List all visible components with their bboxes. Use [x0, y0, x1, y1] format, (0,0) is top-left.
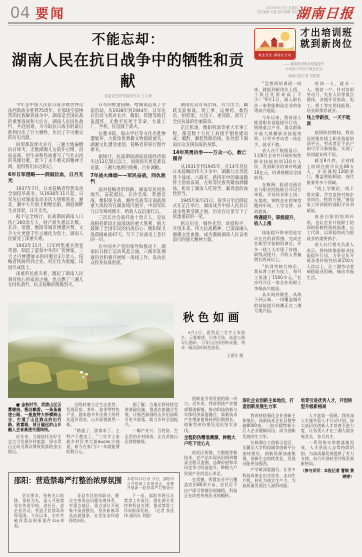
landscape-photo — [8, 303, 174, 398]
photo-caption-columns: ■ 金秋时节，武陵山区云雾缭绕，稻谷飘香。一条条高速公路、一座座特大桥横跨山谷，… — [8, 402, 178, 466]
section-name: 要闻 — [35, 3, 65, 22]
header-rule-thin — [8, 25, 354, 26]
section-subhead: 6年日军侵略——洞庭泣血，日月无光 — [8, 173, 83, 185]
landscape-photo-image — [8, 303, 174, 398]
right-article-subtitle-line2: 行动助力劳动力就业纪实 — [254, 67, 354, 72]
right-article-subtitle: ——湖南推进职业技能提升 行动助力劳动力就业纪实 — [254, 62, 354, 71]
body-paragraph: 湖南民众有钱出钱、有力出力，踊跃支前参战。筑工事、运弹药、救伤员、抬担架，父送子… — [173, 103, 248, 125]
body-paragraph: 创新是引领发展的第一动力。近年来，我省围绕产业链部署创新链，推动科技创新与实体经… — [184, 396, 237, 433]
body-paragraph: 深重的民族灾难，激起了湖南人民刻骨铭心的家国之痛，也点燃了三湘儿女同仇敌忾、抗击… — [8, 272, 83, 289]
body-paragraph: 三次长沙会战歼敌十余万人，是抗战相持阶段正面战场的重大胜利，极大鼓舞了全国军民的… — [90, 216, 165, 244]
body-paragraph: 技能提升带来的是实实在在的获得感。完成企业新型学徒制培训后，许多一线工人实现了待… — [254, 230, 302, 262]
right-article-byline: 湖南日报记者 刘银艳 — [254, 73, 354, 78]
main-article: 不能忘却： 湖南人民在抗日战争中的牺牲和贡献 省委党史研究院研究员 王文珍 今年… — [8, 28, 248, 302]
body-paragraph: 芷江机场、衡阳机场等重大军事工程，都是数十万民工肩挑手刨抢建而成；湘黔、湘桂铁路… — [173, 126, 248, 148]
right-article-header: 就业优先·湖南在行动 才出培训班 就到新岗位 — [254, 28, 354, 60]
section-subhead: 线上学新技，一天不耽误 — [307, 116, 355, 128]
body-paragraph: “没想到培训班一结束，就能到新岗位上班，工资还比原来高了不少！”9月1日，刚入职… — [254, 81, 302, 113]
body-paragraph: 在株洲，轨道交通企业与职业院校联合开设订单班，学员结业即上岗；在娄底，钢铁企业把… — [254, 182, 302, 214]
body-paragraph: 面对侵略者的铁蹄，湖南军民同仇敌忾，奋起抵抗。长沙会战、常德会战、衡阳保卫战、湘… — [90, 188, 165, 216]
body-paragraph: 一系列务实举措落地见效，人才净流入态势持续巩固，为高质量发展提供了有力支撑，奋力… — [301, 440, 354, 466]
body-paragraph: 1943年11月，日军纠集重兵进犯常德，制造了震惊中外的厂窖惨案，三天之内惨遭屠… — [8, 244, 83, 272]
body-paragraph: “线上学理论、线下练实操，学完直接对接企业岗位，特别方便。”参加电工培训班的邵阳… — [307, 186, 355, 213]
body-paragraph: ■ 金秋时节，武陵山区云雾缭绕，稻谷飘香。一条条高速公路、一座座特大桥横跨山谷，… — [8, 402, 61, 433]
boxed-article-column-1: 会议要求，坚持关口前移、预防为先，深入开展禁毒宣传进学校、进社区、进企业活动，营… — [14, 493, 64, 549]
body-paragraph: 岳麓书院、船山学社等文化名胜惨遭破坏，大批珍贵典籍文物毁损流失，湖湘文化遭受重创… — [90, 132, 165, 154]
body-paragraph: 依托区块链、大数据等新技术，农产品实现从田间到餐桌全程可追溯，品牌价值和市场竞争… — [184, 450, 237, 476]
main-article-title-line2: 湖南人民在抗日战争中的牺牲和贡献 — [8, 49, 248, 91]
bottom-column-3-text: 培育引进优秀人才，开创转型升级新格局人才是第一资源。我省深入实施芙蓉人才行动计划… — [301, 399, 354, 467]
body-paragraph: 回望那段烽火岁月，三湘大地遍燃抗日烽火，无数湖湘儿女前仆后继、浴血奋战，用生命和… — [8, 143, 83, 171]
body-paragraph: 在常德，智慧农业平台覆盖农田80余万亩，农民足不出户即可掌握田间墒情，科技正在改… — [184, 477, 237, 498]
right-article-title-line1: 才出培训班 — [299, 28, 354, 39]
section-subhead: 14年英勇抗争——万众一心，救亡图存 — [173, 151, 248, 163]
bottom-attribution: （参与采写：本报记者 曹娴 黄婷婷） — [301, 468, 354, 480]
campaign-badge: 就业优先·湖南在行动 — [254, 28, 296, 60]
right-article-column-1: “没想到培训班一结束，就能到新岗位上班，工资还比原来高了不少！”9月1日，刚入职… — [254, 81, 302, 394]
body-paragraph: 截至8月底，全省线上培训注册学员达86万人，开设课程1200余门，覆盖智能制造、… — [307, 158, 355, 185]
dateline: 2020年9月3日 星期四 责任编辑 刘凌 版式编辑 周双 — [257, 6, 298, 15]
body-paragraph: 长株潭自主创新示范区、岳麓山大学科技城等创新平台加快建设，创新资源加速集聚，创新… — [242, 440, 295, 466]
photo-feature-title: 秋色如画 — [181, 309, 245, 325]
body-paragraph: 各县市区协同联动，健全完善毒品问题治理体系，对重点地区、重点部位开展集中清查整治… — [69, 493, 119, 523]
body-paragraph: 从车间到课堂，从线下到云端，一场覆盖城乡的技能提升热潮正在三湘大地兴起。 — [254, 292, 302, 314]
body-paragraph: 人才是第一资源。我省深入实施芙蓉人才行动计划，加大高层次创新人才培育引进力度，让… — [301, 413, 354, 439]
body-paragraph: 疫情防控期间，我省及时推出线上职业技能培训平台，劳动者足不出户即可学习新技能，实… — [307, 130, 355, 157]
main-article-column-1: 今年是中国人民抗日战争暨世界反法西斯战争胜利75周年。在那场空前惨烈的民族解放战… — [8, 103, 83, 302]
body-paragraph: 今年以来，我省深入推进职业技能提升行动，围绕重点产业、重点群体开展大规模职业技能… — [254, 115, 302, 147]
body-paragraph: “培训考核合格后，我从普工转为技工，每月工资涨了1500多元。”长沙经开区一家企… — [254, 264, 302, 291]
main-article-column-3: 湖南民众有钱出钱、有力出力，踊跃支前参战。筑工事、运弹药、救伤员、抬担架，父送子… — [173, 103, 248, 302]
caption-column-3: 据了解，当地还将持续完善基础设施，推进农旅融合发展，让秋色如画的山乡田园吸引更多… — [125, 402, 178, 466]
boxed-article-column-3: 下一步，邵阳市将压实禁毒工作责任，强化源头管控和科技支撑，推动禁毒工作向纵深发展… — [124, 493, 174, 549]
right-article-titles: 才出培训班 就到新岗位 — [299, 28, 354, 60]
body-paragraph: 据不完全统计，抗战期间湖南人口伤亡260余万人，财产损失难以计数。长沙、常德、衡… — [8, 215, 83, 243]
masthead-logo: 湖南日报 — [295, 2, 354, 22]
body-paragraph: 培训一人、就业一人、脱贫一户。针对贫困劳动力、失业人员等重点群体，各地开设家政、… — [307, 81, 355, 113]
page-number: 04 — [10, 3, 30, 22]
section-subhead: 7年战火烽烟——军民奋战，同仇敌忾 — [90, 174, 165, 186]
bottom-column-2: 深化企业创新主体地位，打造创新发展生力军我省持续强化企业创新主体地位，高新技术企… — [242, 396, 295, 553]
photo-feature-credit: 王建军 摄 — [181, 353, 245, 359]
body-paragraph: 近年来，当地依托良好生态大力发展乡村旅游，绿水青山正成为群众增收致富的金山银山。 — [8, 434, 61, 454]
body-paragraph: “路通了，游客来了，土特产不愁卖了。”三官寺土家族乡村民李大姐высок兴地说，… — [66, 428, 119, 453]
right-article-body: “没想到培训班一结束，就能到新岗位上班，工资还比原来高了不少！”9月1日，刚入职… — [254, 81, 354, 394]
section-subhead: 待遇提升，职级提升，收入上涨 — [254, 216, 302, 228]
caption-column-1: ■ 金秋时节，武陵山区云雾缭绕，稻谷飘香。一条条高速公路、一座座特大桥横跨山谷，… — [8, 402, 61, 466]
edition-line: 责任编辑 刘凌 版式编辑 周双 — [257, 10, 298, 14]
header-rule — [8, 22, 354, 24]
boxed-article-lead: 本报9月2日讯 今日，邵阳市召开禁毒工作推进会，部署开展新一轮禁毒严打整治行动。 — [127, 477, 174, 491]
section-subhead: 培育引进优秀人才，开创转型升级新格局 — [301, 399, 354, 411]
main-article-body: 今年是中国人民抗日战争暨世界反法西斯战争胜利75周年。在那场空前惨烈的民族解放战… — [8, 103, 248, 302]
body-paragraph: 在中国共产党的领导和推动下，湖南抗日救亡运动风起云涌，八路军驻湘通讯处积极开展统… — [90, 245, 165, 267]
boxed-article-column-2: 各县市区协同联动，健全完善毒品问题治理体系，对重点地区、重点部位开展集中清查整治… — [69, 493, 119, 549]
body-paragraph: 铭记历史、缅怀先烈、珍爱和平、开创未来。伟大抗战精神，已深深融入湖湘文化血脉，成… — [173, 222, 248, 244]
badge-banner: 就业优先·湖南在行动 — [255, 51, 295, 59]
body-paragraph: 据了解，当地还将持续完善基础设施，推进农旅融合发展，让秋色如画的山乡田园吸引更多… — [125, 402, 178, 427]
body-paragraph: 产学研深度融合，让更多科技成果走出实验室、走向生产线，转化为现实生产力，为高质量… — [242, 467, 295, 488]
photo-feature-caption: 9月2日，慈利县三官寺土家族乡，云雾缭绕，层林尽染，高速公路穿山越岭，与青山田园… — [181, 330, 245, 350]
body-paragraph: 真金白银的培训补贴，也让企业开展职工培训的积极性持续高涨，以工代训、以训稳岗成为… — [307, 214, 355, 241]
body-paragraph: 我省持续强化企业创新主体地位，高新技术企业总数突破8000家，一批专精特新小巨人… — [242, 413, 295, 439]
boxed-article-header: 邵阳：营造禁毒严打整治浓厚氛围 本报9月2日讯 今日，邵阳市召开禁毒工作推进会，… — [14, 477, 174, 491]
bottom-column-1: 创新是引领发展的第一动力。近年来，我省围绕产业链部署创新链，推动科技创新与实体经… — [184, 396, 237, 553]
boxed-article-body: 会议要求，坚持关口前移、预防为先，深入开展禁毒宣传进学校、进社区、进企业活动，营… — [14, 493, 174, 549]
body-paragraph: 一幅产业兴、百姓富、生态美的乡村画卷，正在武陵山区徐徐铺展。 — [125, 428, 178, 443]
page-header: 04 要闻 — [10, 3, 65, 22]
badge-illustration-icon — [255, 29, 295, 51]
section-subhead: 深化企业创新主体地位，打造创新发展生力军 — [242, 399, 295, 411]
body-paragraph: 沿线村寨立足生态优势，发展民宿、茶叶、油茶等特色产业，越来越多外出务工的村民返乡… — [66, 402, 119, 427]
main-article-column-2: 日军的野蛮侵略，给湖南造成了空前浩劫。从1938年到1944年，日军先后出动飞机… — [90, 103, 165, 302]
body-paragraph: 据统计，抗战期间湖南直接经济损失达12亿银元以上，间接损失更是难以估量，三湘大地… — [90, 155, 165, 172]
body-paragraph: 日军的野蛮侵略，给湖南造成了空前浩劫。从1938年到1944年，日军先后出动飞机… — [90, 103, 165, 131]
right-article: 就业优先·湖南在行动 才出培训班 就到新岗位 ——湖南推进职业技能提升 行动助力… — [254, 28, 354, 394]
body-paragraph: 1937年7月，日本侵略者悍然发动全面侵华战争。从1938年11月起，日军先后对… — [8, 187, 83, 215]
body-paragraph: 省人社厅相关负责人表示，将持续推进职业技能提升行动，力争全年开展各类补贴性培训1… — [307, 242, 355, 280]
right-article-title-line2: 就到新岗位 — [299, 39, 354, 50]
photo-feature-box: 秋色如画 9月2日，慈利县三官寺土家族乡，云雾缭绕，层林尽染，高速公路穿山越岭，… — [178, 303, 248, 398]
body-paragraph: 今年是中国人民抗日战争暨世界反法西斯战争胜利75周年。在那场空前惨烈的民族解放战… — [8, 103, 83, 142]
body-paragraph: 省人社厅数据显示，1至8月全省共开展补贴性职业技能培训110万人次，发放职业培训… — [254, 148, 302, 180]
caption-column-2: 沿线村寨立足生态优势，发展民宿、茶叶、油茶等特色产业，越来越多外出务工的村民返乡… — [66, 402, 119, 466]
body-paragraph: 1945年8月21日，侵华日军洽降仪式在芷江举行，湖南成为中国人民抗日战争胜利受… — [173, 199, 248, 221]
boxed-article: 邵阳：营造禁毒严打整治浓厚氛围 本报9月2日讯 今日，邵阳市召开禁毒工作推进会，… — [8, 472, 180, 553]
bottom-column-3: 培育引进优秀人才，开创转型升级新格局人才是第一资源。我省深入实施芙蓉人才行动计划… — [301, 396, 354, 553]
main-article-byline: 省委党史研究院研究员 王文珍 — [8, 94, 248, 99]
main-article-title-line1: 不能忘却： — [8, 28, 248, 48]
bottom-articles: 创新是引领发展的第一动力。近年来，我省围绕产业链部署创新链，推动科技创新与实体经… — [184, 396, 354, 553]
boxed-article-headline: 邵阳：营造禁毒严打整治浓厚氛围 — [14, 477, 122, 486]
right-article-column-2: 培训一人、就业一人、脱贫一户。针对贫困劳动力、失业人员等重点群体，各地开设家政、… — [307, 81, 355, 394]
body-paragraph: 下一步，邵阳市将压实禁毒工作责任，强化源头管控和科技支撑，推动禁毒工作向纵深发展… — [124, 493, 174, 518]
body-paragraph: 从1931年到1945年，在14年反抗日本侵略的伟大斗争中，湖湘儿女奔赴各个战场… — [173, 165, 248, 198]
section-subhead: 全程防伪精准溯源，种粮大户吃下定心丸 — [184, 436, 237, 448]
body-paragraph: 会议要求，坚持关口前移、预防为先，深入开展禁毒宣传进学校、进社区、进企业活动，营… — [14, 493, 64, 528]
